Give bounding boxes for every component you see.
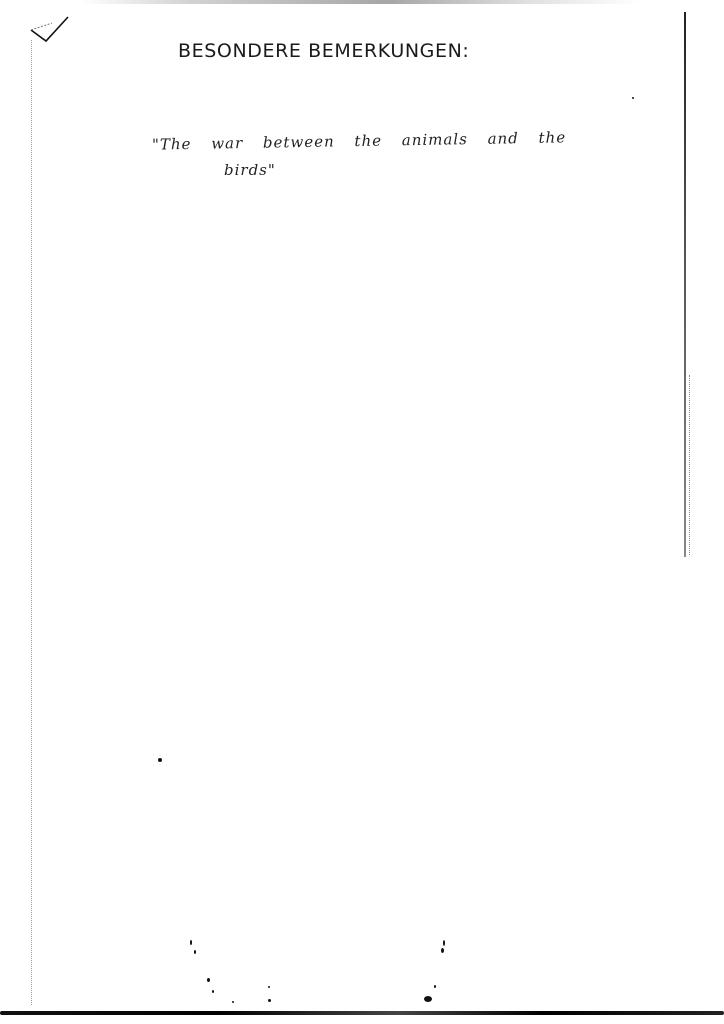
scan-speck xyxy=(443,940,445,946)
scan-right-edge xyxy=(684,12,686,557)
scan-right-edge-dotted xyxy=(689,375,691,555)
handwritten-note-line-1: "The war between the animals and the xyxy=(152,128,566,153)
scan-speck xyxy=(268,999,271,1002)
handwritten-note-line-2: birds" xyxy=(224,161,276,179)
scan-bottom-edge xyxy=(0,1011,724,1015)
scan-speck xyxy=(268,986,270,988)
scan-speck xyxy=(441,948,444,953)
scan-speck xyxy=(190,940,192,945)
scan-speck xyxy=(207,978,210,982)
scan-speck xyxy=(434,985,436,988)
scan-speck xyxy=(632,97,634,99)
check-mark-icon xyxy=(28,14,88,54)
scan-speck xyxy=(232,1001,234,1003)
page-heading: BESONDERE BEMERKUNGEN: xyxy=(178,40,469,62)
scan-speck xyxy=(158,758,162,762)
scanned-page: BESONDERE BEMERKUNGEN: "The war between … xyxy=(0,0,724,1024)
scan-speck xyxy=(212,990,214,993)
scan-left-edge xyxy=(31,40,32,1005)
scan-top-edge xyxy=(80,0,640,4)
scan-speck xyxy=(194,950,196,954)
scan-speck xyxy=(424,996,432,1002)
